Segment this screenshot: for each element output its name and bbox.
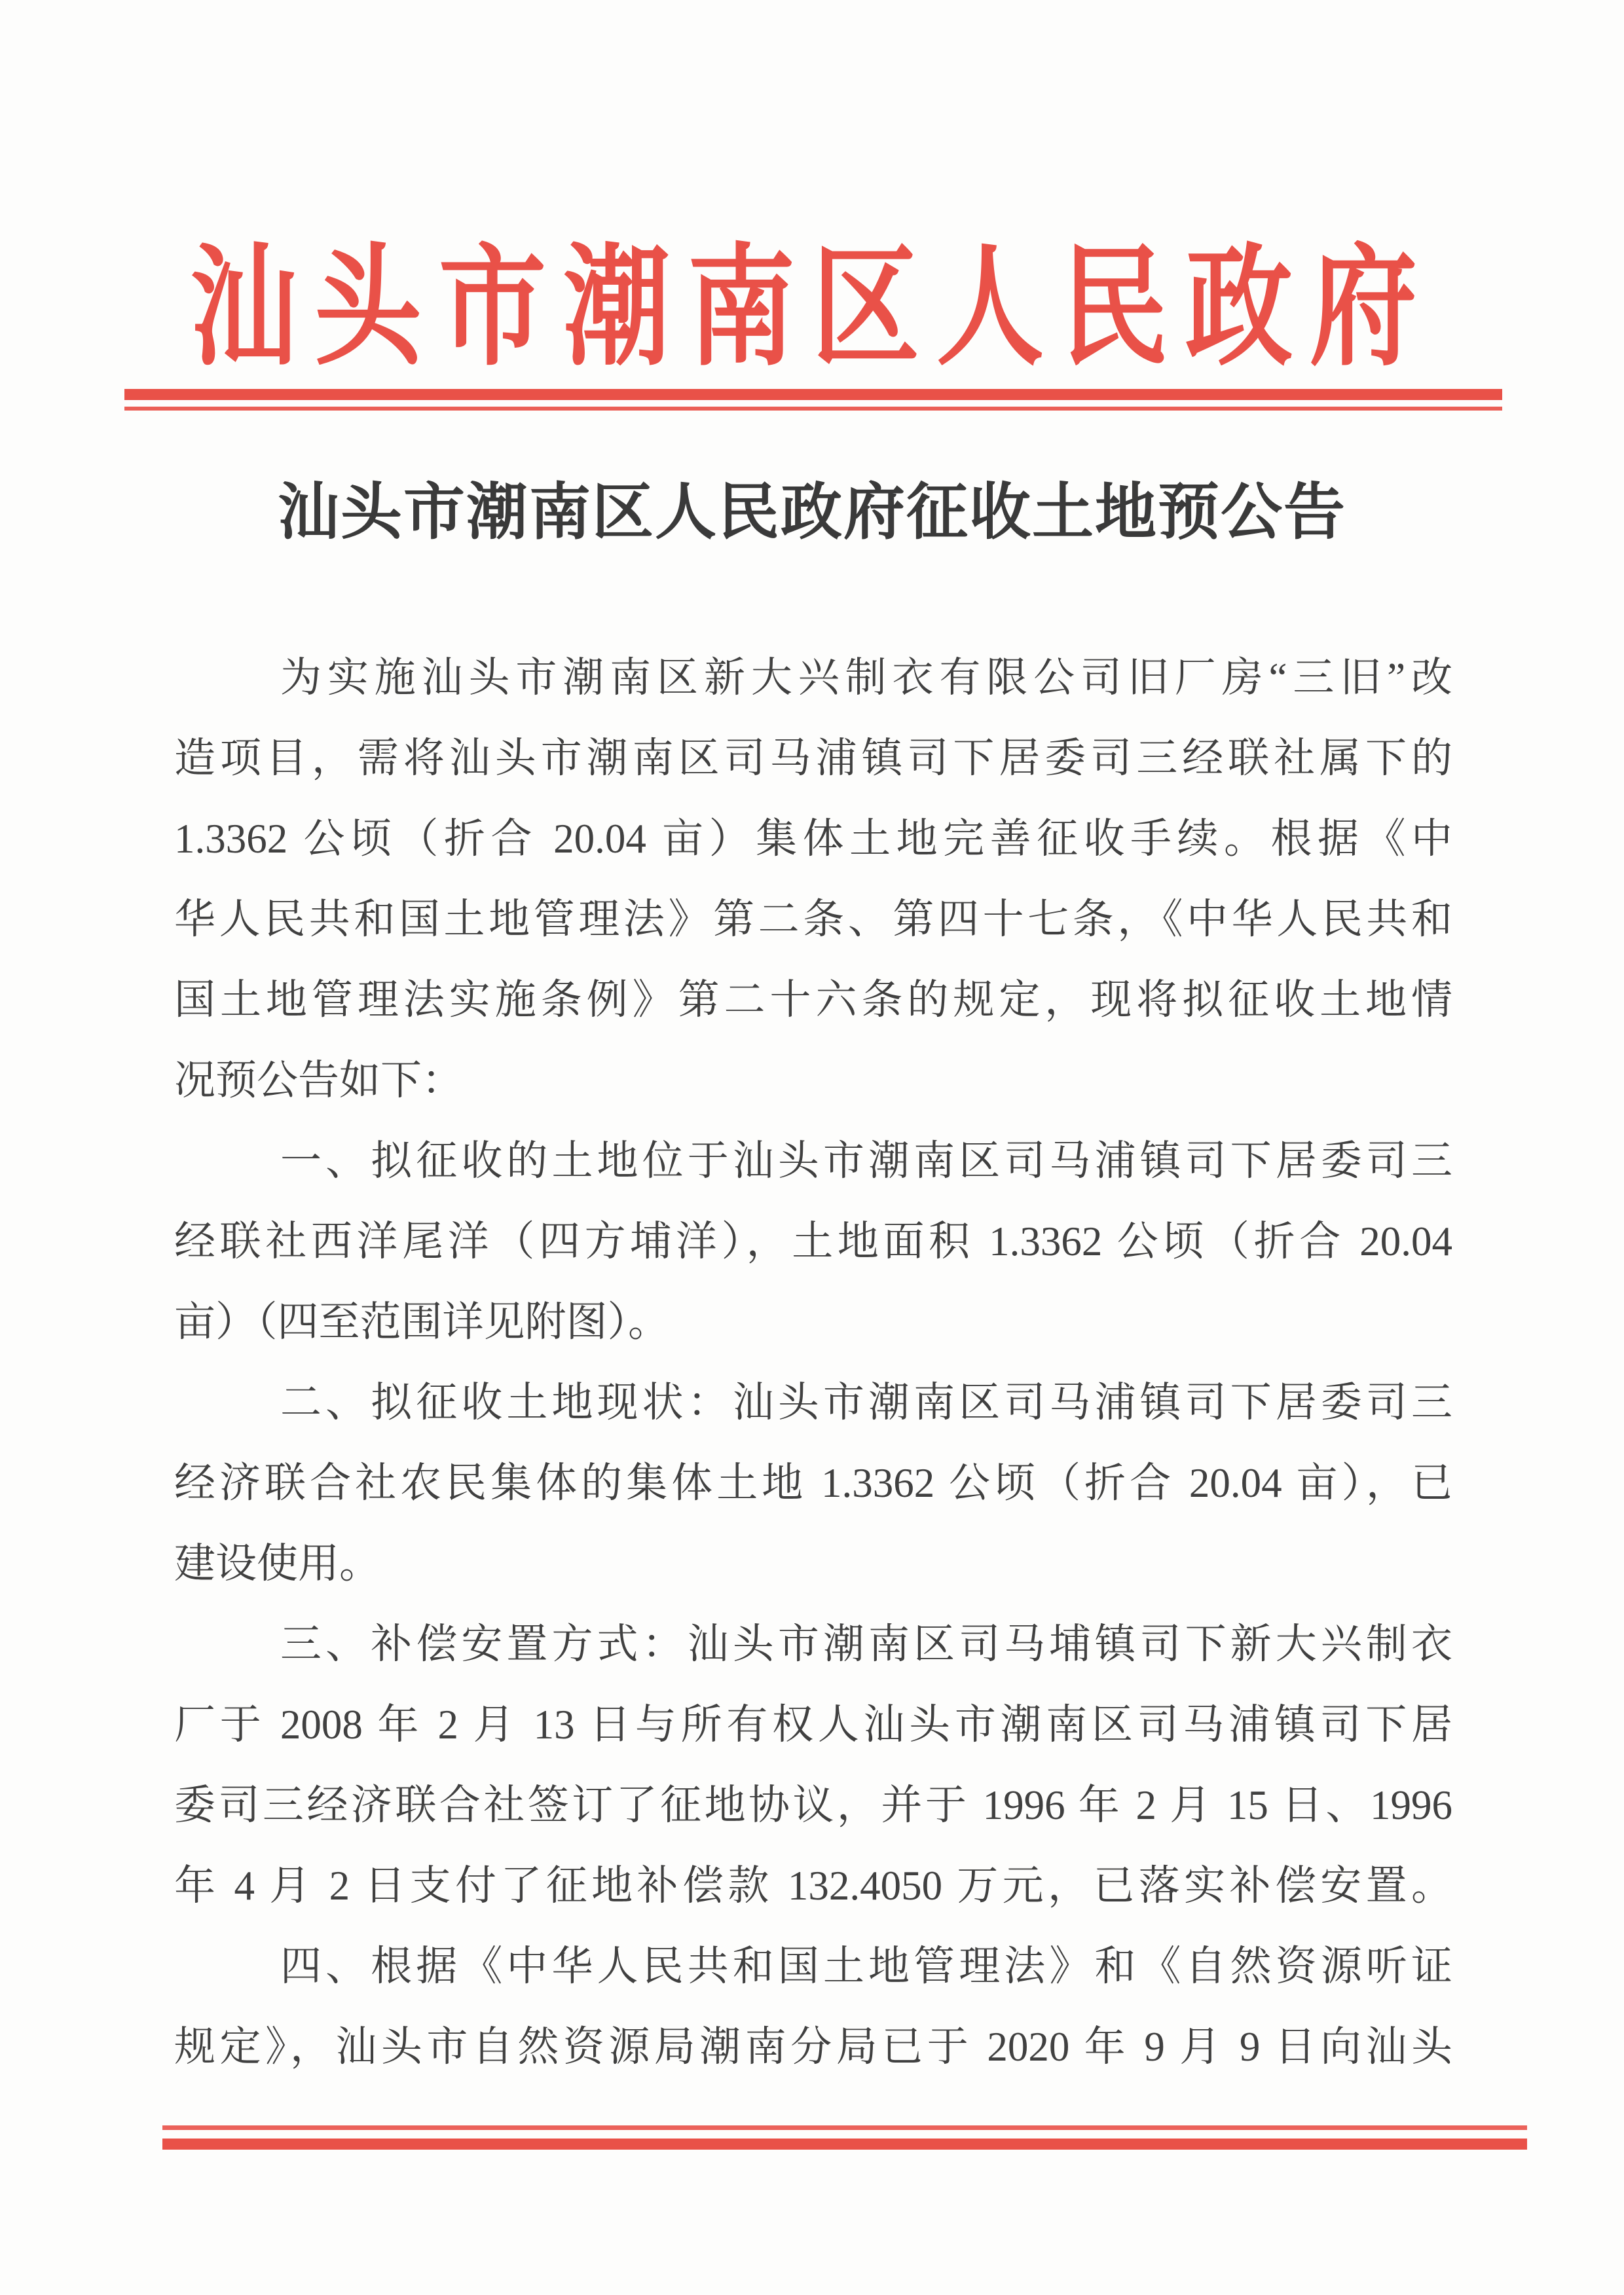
footer-divider-thin-line [162, 2125, 1527, 2130]
body-line-10: 二、拟征收土地现状：汕头市潮南区司马浦镇司下居委司三 [174, 1363, 1452, 1443]
letterhead-divider-thin-line [124, 407, 1502, 411]
document-title: 汕头市潮南区人民政府征收土地预公告 [0, 462, 1624, 551]
body-line-9: 亩）（四至范围详见附图）。 [174, 1282, 1452, 1363]
body-line-12: 建设使用。 [174, 1524, 1452, 1604]
body-line-14: 厂于 2008 年 2 月 13 日与所有权人汕头市潮南区司马浦镇司下居 [174, 1685, 1452, 1765]
document-page: 汕头市潮南区人民政府 汕头市潮南区人民政府征收土地预公告 为实施汕头市潮南区新大… [0, 0, 1624, 2295]
footer-divider [162, 2125, 1527, 2150]
body-line-4: 华人民共和国土地管理法》第二条、第四十七条，《中华人民共和 [174, 879, 1452, 960]
body-line-5: 国土地管理法实施条例》第二十六条的规定，现将拟征收土地情 [174, 960, 1452, 1040]
body-line-2: 造项目，需将汕头市潮南区司马浦镇司下居委司三经联社属下的 [174, 718, 1452, 799]
body-line-15: 委司三经济联合社签订了征地协议，并于 1996 年 2 月 15 日、1996 [174, 1765, 1452, 1846]
body-line-3: 1.3362 公顷（折合 20.04 亩）集体土地完善征收手续。根据《中 [174, 799, 1452, 879]
body-line-18: 规定》，汕头市自然资源局潮南分局已于 2020 年 9 月 9 日向汕头 [174, 2007, 1452, 2087]
body-line-17: 四、根据《中华人民共和国土地管理法》和《自然资源听证 [174, 1926, 1452, 2007]
body-line-16: 年 4 月 2 日支付了征地补偿款 132.4050 万元，已落实补偿安置。 [174, 1846, 1452, 1926]
letterhead-divider [124, 389, 1502, 411]
body-line-6: 况预公告如下： [174, 1040, 1452, 1121]
body-line-8: 经联社西洋尾洋（四方埔洋），土地面积 1.3362 公顷（折合 20.04 [174, 1202, 1452, 1282]
body-line-7: 一、拟征收的土地位于汕头市潮南区司马浦镇司下居委司三 [174, 1121, 1452, 1202]
footer-divider-thick-line [162, 2139, 1527, 2150]
letterhead-divider-thick-line [124, 389, 1502, 400]
document-body: 为实施汕头市潮南区新大兴制衣有限公司旧厂房“三旧”改 造项目，需将汕头市潮南区司… [174, 638, 1452, 2087]
body-line-1: 为实施汕头市潮南区新大兴制衣有限公司旧厂房“三旧”改 [174, 638, 1452, 718]
body-line-11: 经济联合社农民集体的集体土地 1.3362 公顷（折合 20.04 亩），已 [174, 1443, 1452, 1524]
letterhead-title: 汕头市潮南区人民政府 [0, 202, 1624, 390]
body-line-13: 三、补偿安置方式：汕头市潮南区司马埔镇司下新大兴制衣 [174, 1604, 1452, 1685]
